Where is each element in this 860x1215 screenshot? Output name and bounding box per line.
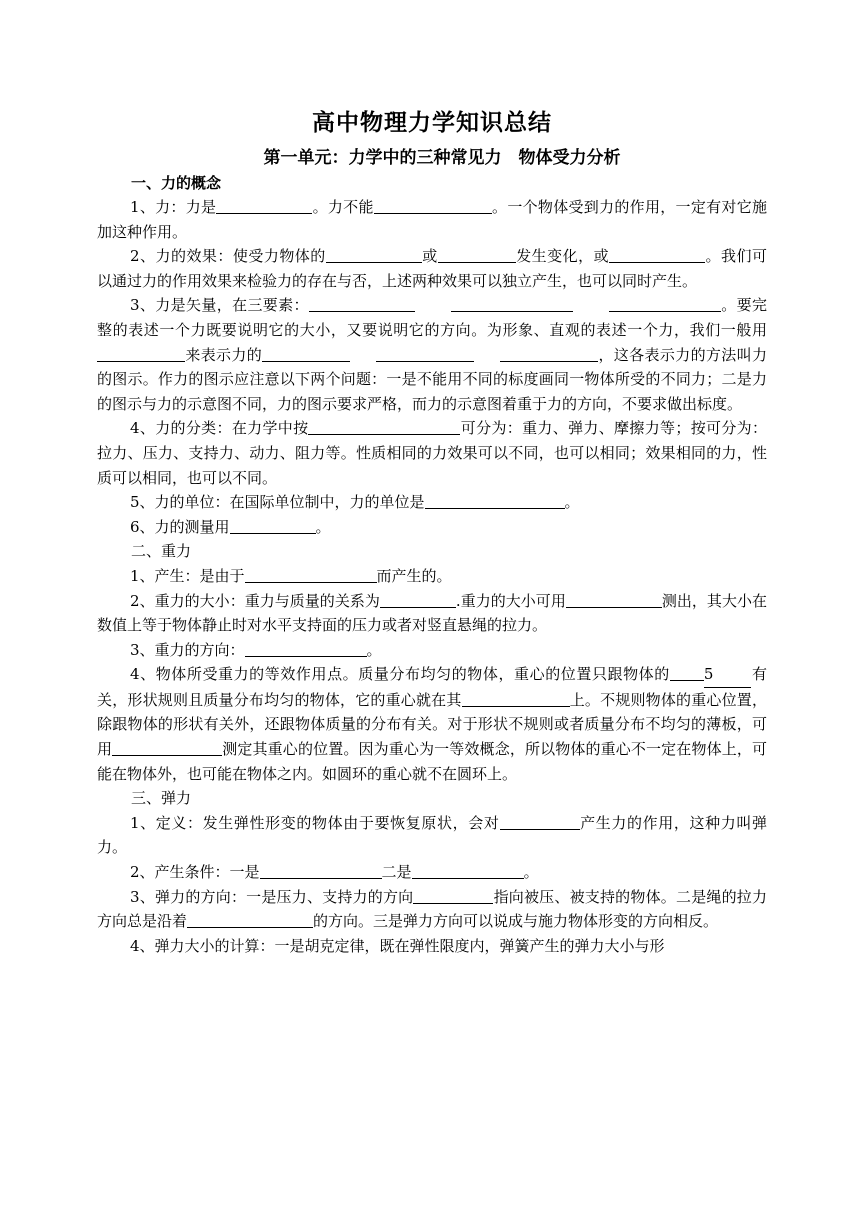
text: 2、产生条件：一是 <box>130 863 260 881</box>
item-force-classification: 4、力的分类：在力学中按可分为：重力、弹力、摩擦力等；按可分为：拉力、压力、支持… <box>97 416 767 490</box>
fill-blank[interactable] <box>97 346 185 362</box>
fill-blank[interactable] <box>609 296 721 312</box>
fill-blank[interactable] <box>425 493 565 509</box>
item-elastic-direction: 3、弹力的方向：一是压力、支持力的方向指向被压、被支持的物体。二是绳的拉力方向总… <box>97 885 767 934</box>
item-gravity-direction: 3、重力的方向：。 <box>97 638 767 663</box>
fill-blank[interactable] <box>308 419 460 435</box>
text: 3、力是矢量，在三要素： <box>130 296 309 314</box>
item-force-vector: 3、力是矢量，在三要素：。要完整的表述一个力既要说明它的大小，又要说明它的方向。… <box>97 293 767 416</box>
text: 1、定义：发生弹性形变的物体由于要恢复原状，会对 <box>130 814 500 832</box>
section-heading-elastic-force: 三、弹力 <box>97 786 767 811</box>
fill-blank[interactable] <box>380 592 456 608</box>
text: 。 <box>524 863 539 881</box>
text: 4、力的分类：在力学中按 <box>130 419 308 437</box>
item-force-measurement: 6、力的测量用。 <box>97 515 767 540</box>
text: 。 <box>367 641 382 659</box>
fill-blank[interactable] <box>187 912 313 928</box>
item-force-effect: 2、力的效果：使受力物体的或发生变化，或。我们可以通过力的作用效果来检验力的存在… <box>97 244 767 293</box>
fill-blank[interactable] <box>262 346 350 362</box>
answer-text: 5 <box>704 665 714 683</box>
fill-blank[interactable] <box>438 247 516 263</box>
text: 4、物体所受重力的等效作用点。质量分布均匀的物体，重心的位置只跟物体的 <box>130 665 670 683</box>
text: 6、力的测量用 <box>130 518 230 536</box>
item-gravity-origin: 1、产生：是由于而产生的。 <box>97 564 767 589</box>
item-elastic-definition: 1、定义：发生弹性形变的物体由于要恢复原状，会对产生力的作用，这种力叫弹力。 <box>97 811 767 860</box>
fill-blank[interactable] <box>566 592 662 608</box>
text: 。 <box>565 493 580 511</box>
fill-blank[interactable] <box>500 346 598 362</box>
section-heading-gravity: 二、重力 <box>97 539 767 564</box>
fill-blank[interactable] <box>309 296 415 312</box>
text: 5、力的单位：在国际单位制中，力的单位是 <box>130 493 425 511</box>
fill-blank-answer[interactable]: 5 <box>704 662 752 688</box>
document-page: 高中物理力学知识总结 第一单元：力学中的三种常见力 物体受力分析 一、力的概念 … <box>97 103 767 958</box>
item-gravity-magnitude: 2、重力的大小：重力与质量的关系为.重力的大小可用测出，其大小在数值上等于物体静… <box>97 589 767 638</box>
text: 或 <box>422 247 438 265</box>
item-elastic-magnitude: 4、弹力大小的计算：一是胡克定律，既在弹性限度内，弹簧产生的弹力大小与形 <box>97 934 767 959</box>
fill-blank[interactable] <box>462 691 570 707</box>
text: 二是 <box>382 863 412 881</box>
fill-blank[interactable] <box>451 296 573 312</box>
text: 3、弹力的方向：一是压力、支持力的方向 <box>130 888 413 906</box>
fill-blank[interactable] <box>230 518 316 534</box>
text: 1、力：力是 <box>130 198 216 216</box>
fill-blank[interactable] <box>374 198 492 214</box>
fill-blank[interactable] <box>413 888 493 904</box>
item-elastic-conditions: 2、产生条件：一是二是。 <box>97 860 767 885</box>
fill-blank[interactable] <box>670 665 704 681</box>
text: 2、力的效果：使受力物体的 <box>130 247 326 265</box>
text: 。 <box>316 518 331 536</box>
section-heading-force-concept: 一、力的概念 <box>97 171 767 195</box>
fill-blank[interactable] <box>609 247 705 263</box>
fill-blank[interactable] <box>216 198 312 214</box>
fill-blank[interactable] <box>112 740 222 756</box>
text: 2、重力的大小：重力与质量的关系为 <box>130 592 380 610</box>
text: .重力的大小可用 <box>456 592 566 610</box>
item-force-unit: 5、力的单位：在国际单位制中，力的单位是。 <box>97 490 767 515</box>
text: 来表示力的 <box>185 346 262 364</box>
fill-blank[interactable] <box>326 247 422 263</box>
text: 。力不能 <box>312 198 373 216</box>
text: 3、重力的方向： <box>130 641 245 659</box>
fill-blank[interactable] <box>245 641 367 657</box>
fill-blank[interactable] <box>500 814 580 830</box>
unit-subtitle: 第一单元：力学中的三种常见力 物体受力分析 <box>97 145 767 171</box>
fill-blank[interactable] <box>412 863 524 879</box>
item-force-definition: 1、力：力是。力不能。一个物体受到力的作用，一定有对它施加这种作用。 <box>97 195 767 244</box>
fill-blank[interactable] <box>245 567 377 583</box>
text: 而产生的。 <box>377 567 452 585</box>
document-title: 高中物理力学知识总结 <box>97 103 767 143</box>
text: 的方向。三是弹力方向可以说成与施力物体形变的方向相反。 <box>313 912 718 930</box>
fill-blank[interactable] <box>260 863 382 879</box>
text: 发生变化，或 <box>516 247 609 265</box>
item-center-of-gravity: 4、物体所受重力的等效作用点。质量分布均匀的物体，重心的位置只跟物体的5有关，形… <box>97 662 767 786</box>
text: 4、弹力大小的计算：一是胡克定律，既在弹性限度内，弹簧产生的弹力大小与形 <box>130 937 665 955</box>
text: 1、产生：是由于 <box>130 567 245 585</box>
fill-blank[interactable] <box>376 346 474 362</box>
